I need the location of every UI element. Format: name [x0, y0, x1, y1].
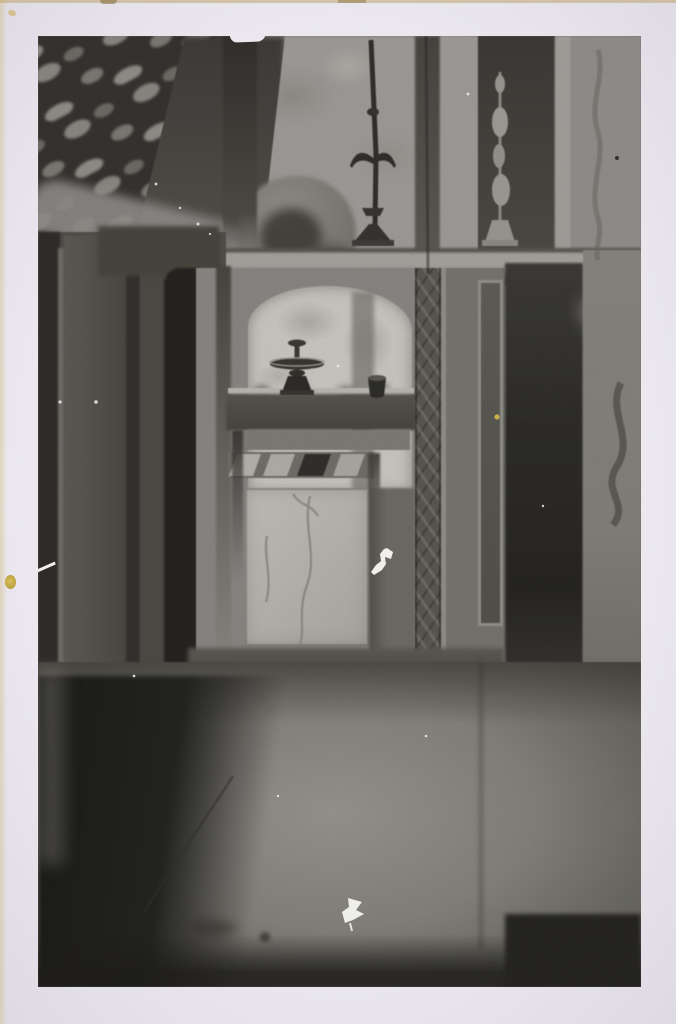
paper-top-edge-nick [100, 0, 117, 4]
paper-left-edge-tint [0, 0, 7, 1024]
photo-image [38, 36, 641, 987]
yellow-stain-left-border [5, 575, 16, 589]
photograph-scan [0, 0, 676, 1024]
paper-top-edge-nick2 [338, 0, 366, 3]
film-grain-overlay [38, 36, 641, 987]
